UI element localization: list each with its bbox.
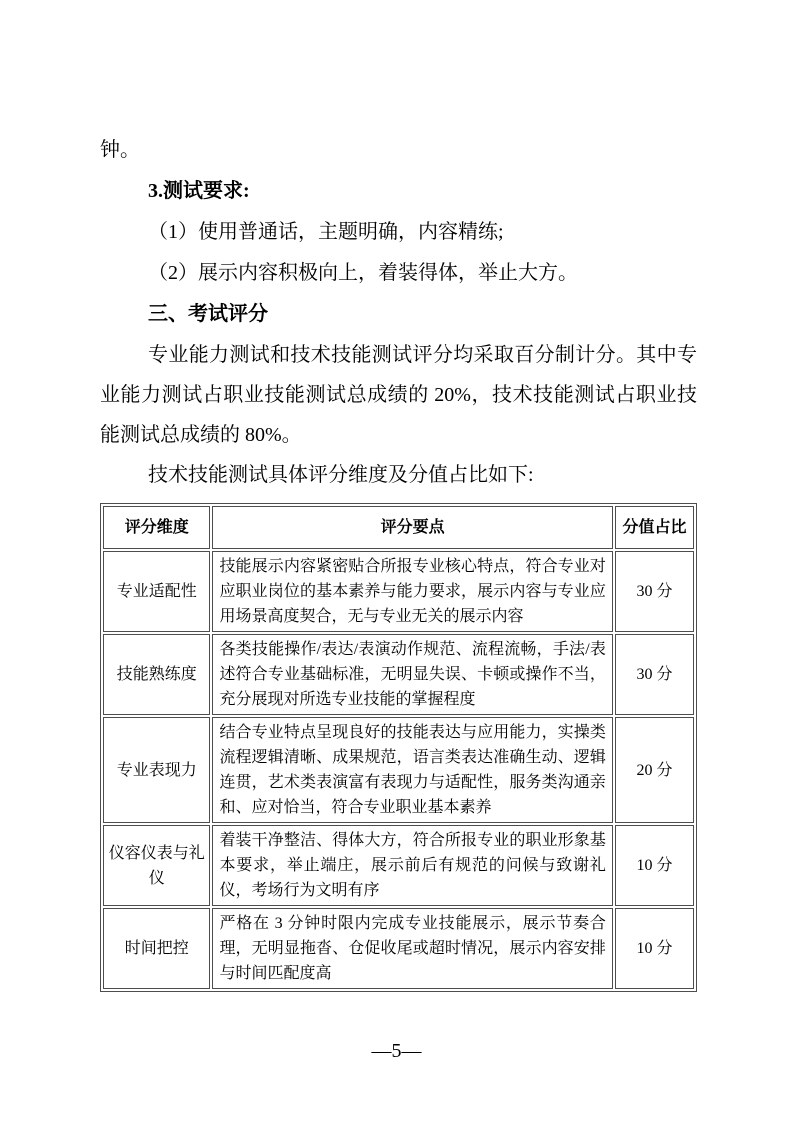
points-cell: 技能展示内容紧密贴合所报专业核心特点，符合专业对应职业岗位的基本素养与能力要求，… (212, 551, 612, 632)
dimension-cell: 仪容仪表与礼仪 (103, 825, 210, 906)
points-cell: 结合专业特点呈现良好的技能表达与应用能力，实操类流程逻辑清晰、成果规范，语言类表… (212, 717, 612, 823)
scoring-paragraph: 专业能力测试和技术技能测试评分均采取百分制计分。其中专业能力测试占职业技能测试总… (100, 335, 697, 455)
section-heading: 三、考试评分 (100, 294, 697, 335)
table-row: 专业适配性 技能展示内容紧密贴合所报专业核心特点，符合专业对应职业岗位的基本素养… (103, 551, 694, 632)
scoring-table: 评分维度 评分要点 分值占比 专业适配性 技能展示内容紧密贴合所报专业核心特点，… (100, 503, 697, 992)
header-dimension: 评分维度 (103, 506, 210, 549)
header-points: 评分要点 (212, 506, 612, 549)
dimension-cell: 专业表现力 (103, 717, 210, 823)
table-intro-paragraph: 技术技能测试具体评分维度及分值占比如下: (100, 455, 697, 495)
table-row: 专业表现力 结合专业特点呈现良好的技能表达与应用能力，实操类流程逻辑清晰、成果规… (103, 717, 694, 823)
requirement-item: （1）使用普通话，主题明确，内容精练; (100, 212, 697, 253)
requirements-heading: 3.测试要求: (100, 171, 697, 212)
header-score: 分值占比 (615, 506, 694, 549)
requirement-item: （2）展示内容积极向上，着装得体，举止大方。 (100, 253, 697, 294)
score-cell: 10 分 (615, 908, 694, 989)
page-number: —5— (0, 1040, 793, 1063)
score-cell: 10 分 (615, 825, 694, 906)
table-row: 仪容仪表与礼仪 着装干净整洁、得体大方，符合所报专业的职业形象基本要求，举止端庄… (103, 825, 694, 906)
page-content: 钟。 3.测试要求: （1）使用普通话，主题明确，内容精练; （2）展示内容积极… (100, 130, 697, 992)
score-cell: 30 分 (615, 634, 694, 715)
points-cell: 严格在 3 分钟时限内完成专业技能展示，展示节奏合理，无明显拖沓、仓促收尾或超时… (212, 908, 612, 989)
dimension-cell: 技能熟练度 (103, 634, 210, 715)
score-cell: 20 分 (615, 717, 694, 823)
document-page: 钟。 3.测试要求: （1）使用普通话，主题明确，内容精练; （2）展示内容积极… (0, 0, 793, 1122)
table-header-row: 评分维度 评分要点 分值占比 (103, 506, 694, 549)
table-row: 技能熟练度 各类技能操作/表达/表演动作规范、流程流畅，手法/表述符合专业基础标… (103, 634, 694, 715)
score-cell: 30 分 (615, 551, 694, 632)
dimension-cell: 专业适配性 (103, 551, 210, 632)
continuation-text: 钟。 (100, 130, 697, 171)
points-cell: 各类技能操作/表达/表演动作规范、流程流畅，手法/表述符合专业基础标准，无明显失… (212, 634, 612, 715)
dimension-cell: 时间把控 (103, 908, 210, 989)
table-row: 时间把控 严格在 3 分钟时限内完成专业技能展示，展示节奏合理，无明显拖沓、仓促… (103, 908, 694, 989)
points-cell: 着装干净整洁、得体大方，符合所报专业的职业形象基本要求，举止端庄，展示前后有规范… (212, 825, 612, 906)
